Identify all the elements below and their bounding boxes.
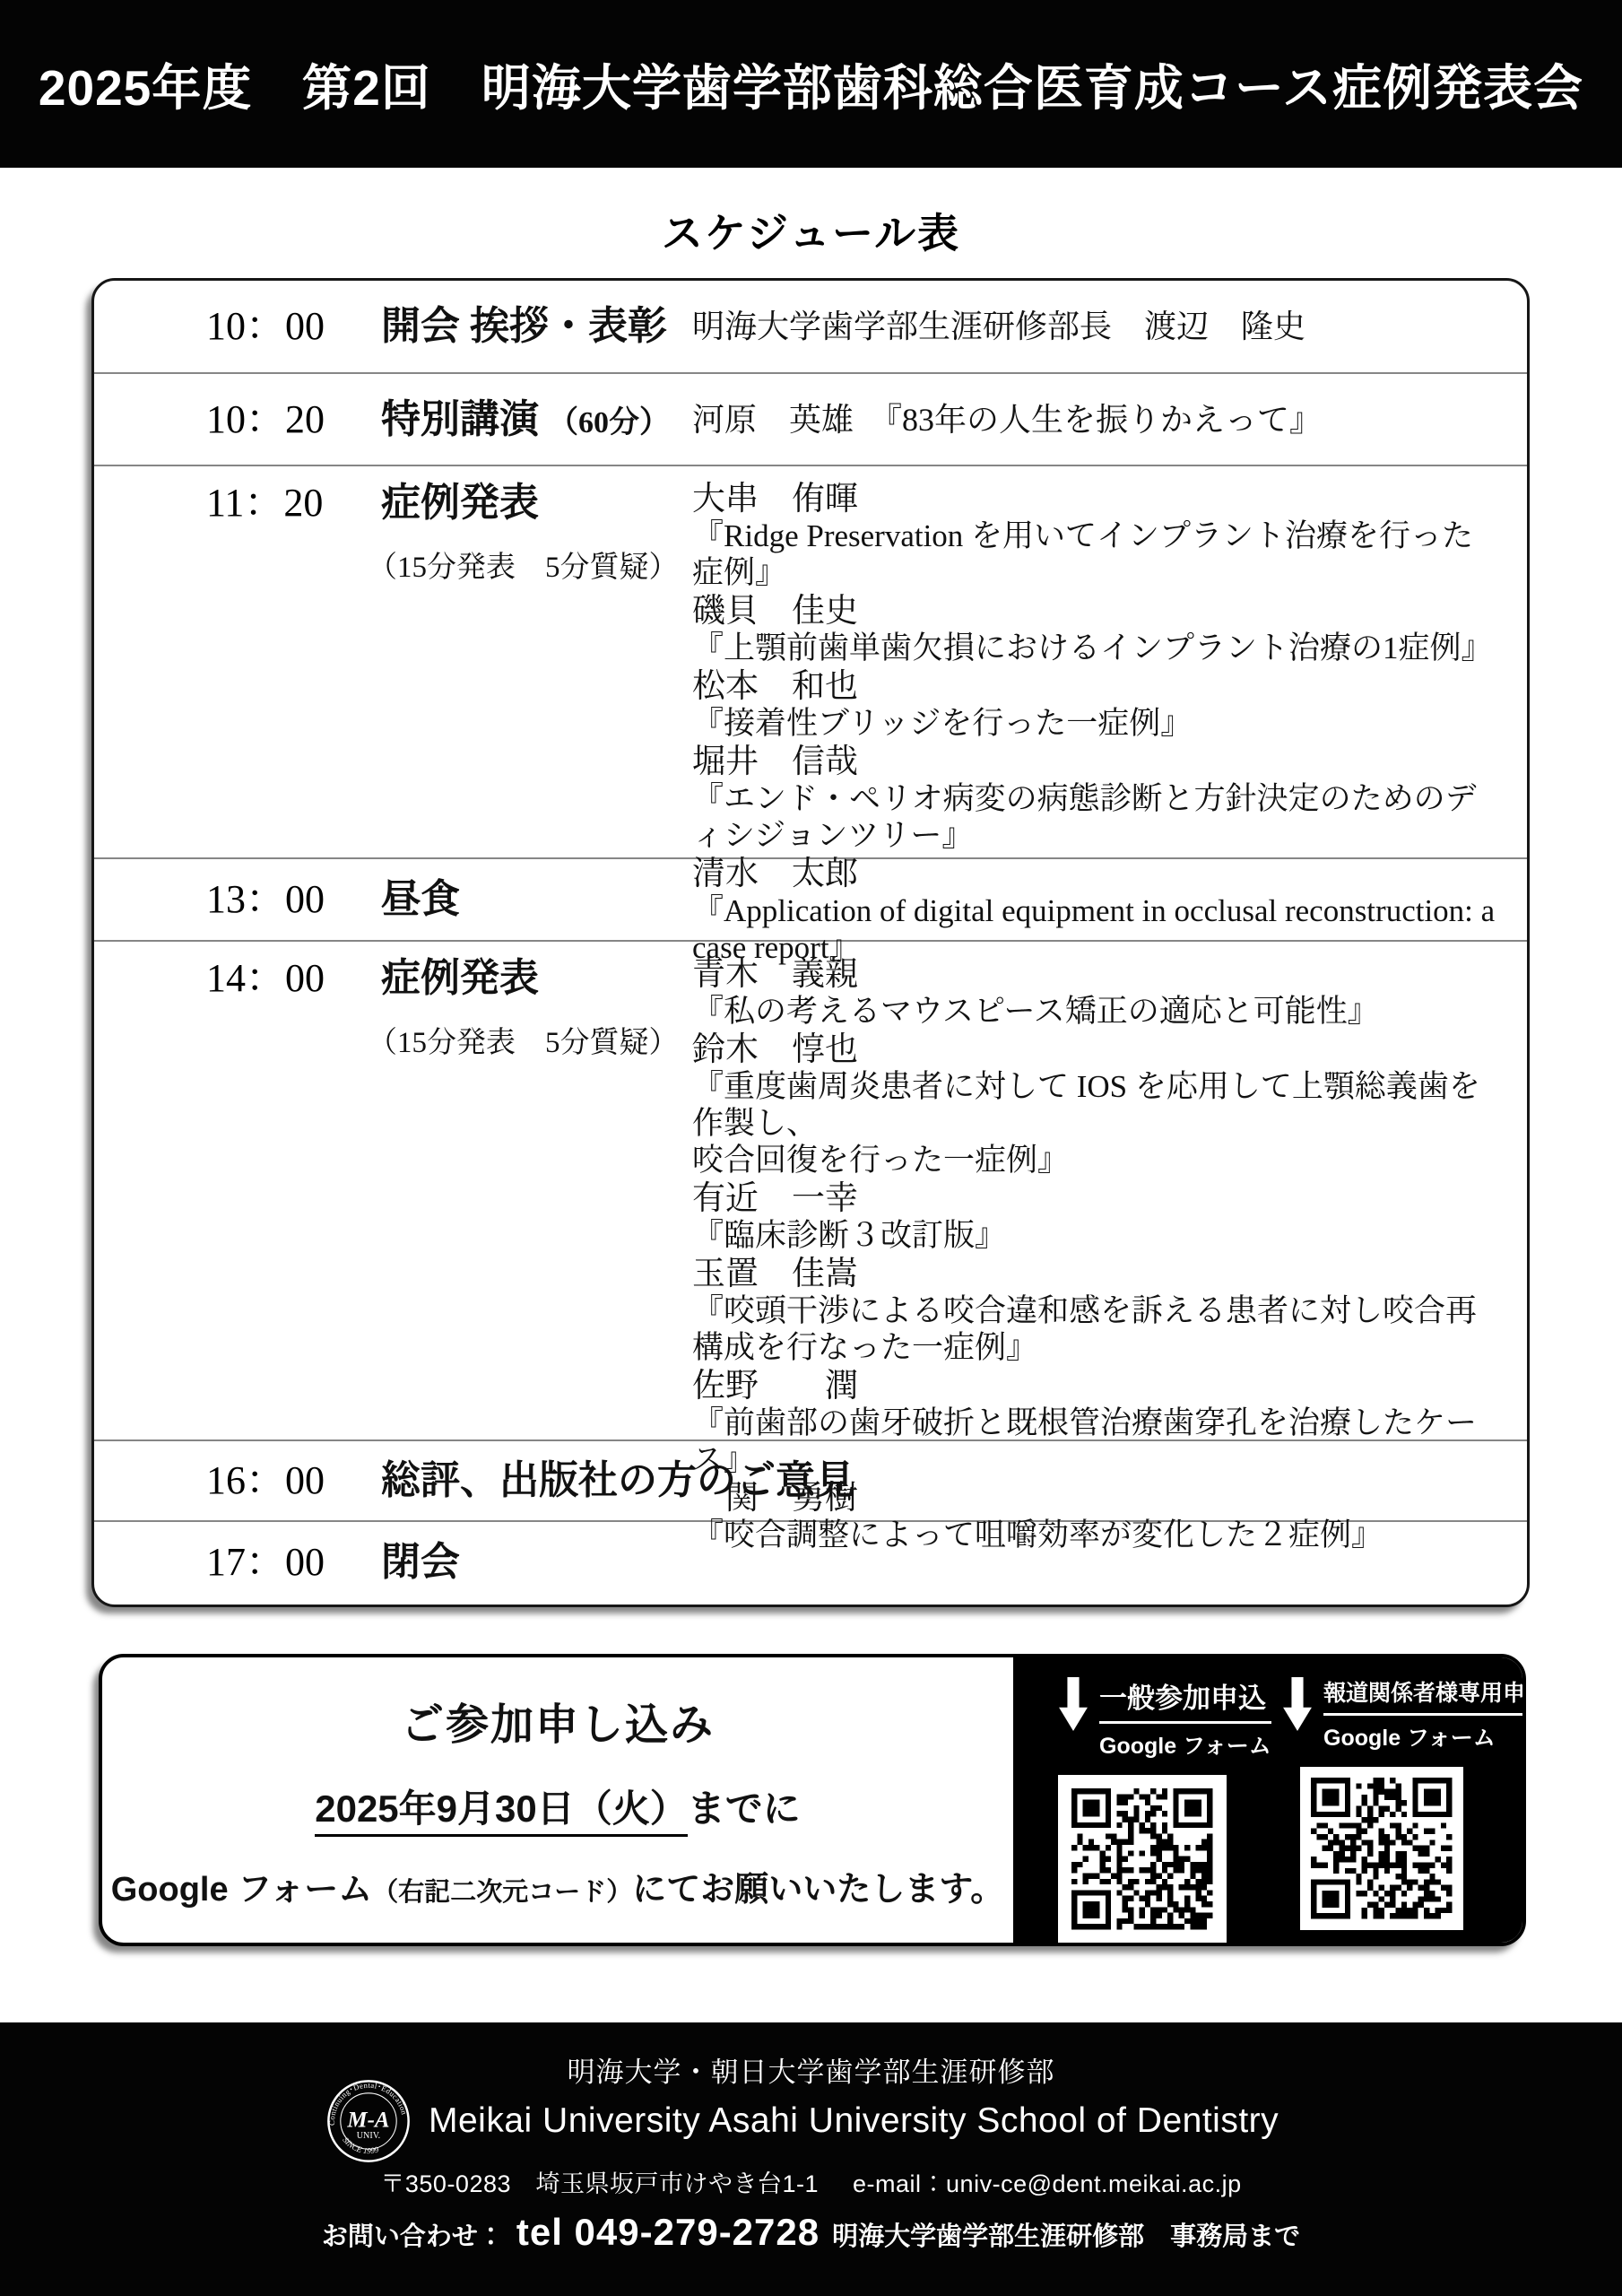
presentation-title: 『重度歯周炎患者に対して IOS を応用して上顎総義歯を作製し、 咬合回復を行っ…: [692, 1068, 1500, 1178]
row-time: 11：20: [94, 481, 381, 526]
contact-dept: 明海大学歯学部生涯研修部 事務局まで: [832, 2216, 1300, 2253]
registration-heading: ご参加申し込み: [401, 1690, 715, 1752]
row-time: 16：00: [94, 1458, 381, 1503]
deadline-suffix: までに: [688, 1787, 801, 1830]
presentation-title: 『Ridge Preservation を用いてインプラント治療を行った症例』: [692, 517, 1500, 591]
registration-info: ご参加申し込み 2025年9月30日（火）までに Google フォーム（右記二…: [102, 1657, 1013, 1943]
footer-email: e-mail：univ-ce@dent.meikai.ac.jp: [853, 2164, 1242, 2199]
event-title: 2025年度 第2回 明海大学歯学部歯科総合医育成コース症例発表会: [39, 48, 1583, 119]
qr-code-general: [1058, 1775, 1227, 1944]
presenter-name: 有近 一幸: [692, 1180, 1500, 1217]
down-arrow-icon: [1058, 1677, 1089, 1735]
contact-tel: tel 049-279-2728: [516, 2211, 820, 2254]
presentation-title: 『私の考えるマウスピース矯正の適応と可能性』: [692, 993, 1500, 1030]
row-time: 13：00: [94, 877, 381, 922]
schedule-row-1120: 11：20 症例発表 （15分発表 5分質疑） 大串 侑暉 『Ridge Pre…: [94, 465, 1527, 857]
presentation-item: 大串 侑暉 『Ridge Preservation を用いてインプラント治療を行…: [692, 481, 1500, 591]
presentation-title: 『接着性ブリッジを行った一症例』: [692, 705, 1500, 742]
presenter-name: 松本 和也: [692, 668, 1500, 705]
row-time: 14：00: [94, 956, 381, 1001]
presenter-name: 青木 義親: [692, 956, 1500, 993]
presentation-title: 『咬頭干渉による咬合違和感を訴える患者に対し咬合再構成を行なった一症例』: [692, 1292, 1500, 1366]
presenter-name: 大串 侑暉: [692, 481, 1500, 517]
logo-center-text: M-A: [346, 2109, 389, 2133]
row-event: 昼食: [381, 877, 460, 921]
method-prefix: Google フォーム: [111, 1871, 373, 1909]
row-event-note: （15分発表 5分質疑）: [368, 1026, 692, 1060]
presentation-item: 鈴木 惇也 『重度歯周炎患者に対して IOS を応用して上顎総義歯を作製し、 咬…: [692, 1031, 1500, 1178]
presentation-item: 磯貝 佳史 『上顎前歯単歯欠損におけるインプラント治療の1症例』: [692, 593, 1500, 666]
row-event: 症例発表: [381, 481, 692, 526]
row-event: 総評、出版社の方のご意見: [381, 1458, 854, 1502]
schedule-heading: スケジュール表: [0, 201, 1622, 260]
row-event-note: （15分発表 5分質疑）: [368, 551, 692, 585]
row-detail: 河原 英雄 『83年の人生を振りかえって』: [692, 402, 1322, 438]
presenter-name: 堀井 信哉: [692, 744, 1500, 780]
presentation-title: 『エンド・ペリオ病変の病態診断と方針決定のためのディシジョンツリー』: [692, 780, 1500, 854]
contact-label: お問い合わせ：: [322, 2216, 504, 2253]
presenter-name: 佐野 潤: [692, 1368, 1500, 1405]
presenter-name: 玉置 佳嵩: [692, 1256, 1500, 1292]
footer-contact: お問い合わせ： tel 049-279-2728 明海大学歯学部生涯研修部 事務…: [0, 2211, 1622, 2254]
footer-org-en: Meikai University Asahi University Schoo…: [429, 2101, 1279, 2141]
schedule-row-1400: 14：00 症例発表 （15分発表 5分質疑） 青木 義親 『私の考えるマウスピ…: [94, 940, 1527, 1439]
down-arrow-icon: [1282, 1677, 1313, 1735]
footer-postal: 〒350-0283 埼玉県坂戸市けやき台1-1: [380, 2164, 819, 2199]
registration-deadline: 2025年9月30日（火）までに: [315, 1779, 801, 1833]
header-band: 2025年度 第2回 明海大学歯学部歯科総合医育成コース症例発表会: [0, 0, 1622, 168]
footer-org-ja: 明海大学・朝日大学歯学部生涯研修部: [0, 2049, 1622, 2090]
presentation-item: 玉置 佳嵩 『咬頭干渉による咬合違和感を訴える患者に対し咬合再構成を行なった一症…: [692, 1256, 1500, 1366]
presentation-item: 有近 一幸 『臨床診断３改訂版』: [692, 1180, 1500, 1254]
row-event-note: （60分）: [548, 406, 670, 439]
footer-address: 〒350-0283 埼玉県坂戸市けやき台1-1 e-mail：univ-ce@d…: [0, 2164, 1622, 2199]
row-time: 10：00: [94, 304, 381, 349]
qr-panel: 一般参加申込 Google フォーム 報道関係者様専用申込 Google フォー…: [1013, 1657, 1522, 1943]
qr-code-press: [1300, 1767, 1463, 1930]
presentation-item: 青木 義親 『私の考えるマウスピース矯正の適応と可能性』: [692, 956, 1500, 1030]
row-event: 特別講演: [381, 397, 539, 441]
row-time: 17：00: [94, 1540, 381, 1585]
qr-sublabel-press: Google フォーム: [1323, 1720, 1526, 1752]
qr-label-general: 一般参加申込: [1099, 1675, 1271, 1724]
schedule-row-1000: 10：00 開会 挨拶・表彰 明海大学歯学部生涯研修部長 渡辺 隆史: [94, 281, 1527, 372]
row-event: 開会 挨拶・表彰: [381, 304, 667, 348]
presentation-item: 松本 和也 『接着性ブリッジを行った一症例』: [692, 668, 1500, 742]
registration-method: Google フォーム（右記二次元コード）にてお願いいたします。: [111, 1861, 1005, 1910]
schedule-row-1020: 10：20 特別講演（60分） 河原 英雄 『83年の人生を振りかえって』: [94, 372, 1527, 465]
row-event: 閉会: [381, 1540, 460, 1584]
row-detail: 明海大学歯学部生涯研修部長 渡辺 隆史: [692, 309, 1305, 344]
schedule-table: 10：00 開会 挨拶・表彰 明海大学歯学部生涯研修部長 渡辺 隆史 10：20…: [91, 278, 1530, 1607]
footer: 明海大学・朝日大学歯学部生涯研修部 Continuing･Dental･Educ…: [0, 2022, 1622, 2296]
deadline-date: 2025年9月30日（火）: [315, 1787, 688, 1837]
university-logo: Continuing･Dental･Education SINCE 1999 M…: [325, 2078, 412, 2169]
method-suffix: にてお願いいたします。: [632, 1871, 1004, 1909]
presenter-name: 磯貝 佳史: [692, 593, 1500, 630]
method-paren: （右記二次元コード）: [372, 1878, 632, 1907]
qr-column-press: 報道関係者様専用申込 Google フォーム: [1282, 1675, 1526, 1930]
row-time: 10：20: [94, 397, 381, 442]
presentation-title: 『臨床診断３改訂版』: [692, 1217, 1500, 1254]
logo-univ-text: UNIV.: [357, 2131, 380, 2141]
qr-sublabel-general: Google フォーム: [1099, 1728, 1271, 1761]
qr-column-general: 一般参加申込 Google フォーム: [1058, 1675, 1271, 1944]
presenter-name: 鈴木 惇也: [692, 1031, 1500, 1068]
row-event: 症例発表: [381, 956, 692, 1001]
presentation-item: 堀井 信哉 『エンド・ペリオ病変の病態診断と方針決定のためのディシジョンツリー』: [692, 744, 1500, 854]
qr-label-press: 報道関係者様専用申込: [1323, 1675, 1526, 1716]
presentation-title: 『上顎前歯単歯欠損におけるインプラント治療の1症例』: [692, 630, 1500, 666]
registration-box: ご参加申し込み 2025年9月30日（火）までに Google フォーム（右記二…: [99, 1654, 1526, 1946]
